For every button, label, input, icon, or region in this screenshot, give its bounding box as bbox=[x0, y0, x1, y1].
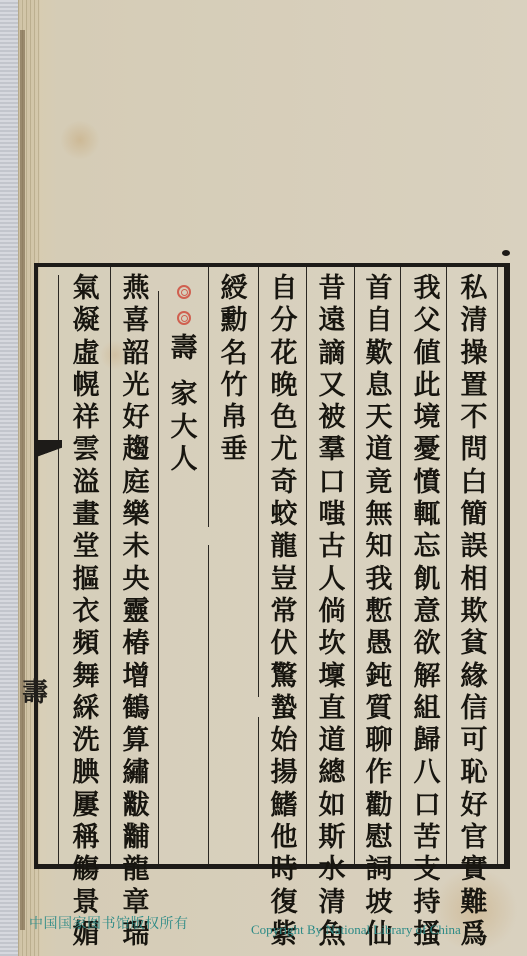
text-char: 好 bbox=[456, 790, 492, 822]
column-rule bbox=[446, 267, 447, 864]
text-char: 水 bbox=[314, 854, 350, 886]
seal-circle-icon bbox=[177, 285, 191, 299]
text-char: 持 bbox=[409, 887, 445, 919]
text-char: 綬 bbox=[216, 273, 252, 305]
text-char: 昔 bbox=[314, 273, 350, 305]
text-char: 觴 bbox=[68, 854, 104, 886]
column-rule bbox=[208, 267, 209, 527]
text-char: 韶 bbox=[118, 338, 154, 370]
text-column-1: 私清操置不問白簡誤相欺貧緣信可恥好官實難爲 bbox=[456, 273, 492, 951]
text-char: 慙 bbox=[361, 596, 397, 628]
column-text: 私清操置不問白簡誤相欺貧緣信可恥好官實難爲 bbox=[456, 273, 492, 951]
text-column-9: 氣凝虛幌祥雲溢畫堂摳衣頻舞綵洗腆屢稱觴景媚 bbox=[68, 273, 104, 951]
text-char: 常 bbox=[266, 596, 302, 628]
text-char: 息 bbox=[361, 370, 397, 402]
text-char: 我 bbox=[409, 273, 445, 305]
text-char: 驚 bbox=[266, 661, 302, 693]
text-char: 靈 bbox=[118, 596, 154, 628]
text-char: 勸 bbox=[361, 790, 397, 822]
text-char: 詞 bbox=[361, 854, 397, 886]
text-char: 晚 bbox=[266, 370, 302, 402]
text-char: 欺 bbox=[456, 596, 492, 628]
text-char: 大 bbox=[166, 412, 202, 444]
text-char: 勳 bbox=[216, 305, 252, 337]
text-char: 憤 bbox=[409, 467, 445, 499]
text-char: 謫 bbox=[314, 338, 350, 370]
text-char: 凝 bbox=[68, 305, 104, 337]
column-rule bbox=[258, 267, 259, 697]
text-char: 花 bbox=[266, 338, 302, 370]
column-text: 首自歎息天道竟無知我慙愚鈍質聊作勸慰詞坡仙 bbox=[361, 273, 397, 951]
text-char: 知 bbox=[361, 531, 397, 563]
text-column-8: 燕喜韶光好趨庭樂未央靈椿增鶴算繡黻黼龍章瑞 bbox=[118, 273, 154, 951]
text-char: 忘 bbox=[409, 531, 445, 563]
text-char: 憂 bbox=[409, 434, 445, 466]
text-char: 首 bbox=[361, 273, 397, 305]
text-char: 色 bbox=[266, 402, 302, 434]
text-char: 祥 bbox=[68, 402, 104, 434]
text-char: 光 bbox=[118, 370, 154, 402]
text-char: 官 bbox=[456, 822, 492, 854]
column-rule bbox=[110, 267, 111, 864]
text-char: 愚 bbox=[361, 628, 397, 660]
text-column-7-title: 壽 家大人 bbox=[166, 281, 202, 476]
text-char: 椿 bbox=[118, 628, 154, 660]
text-char: 歎 bbox=[361, 338, 397, 370]
text-char: 又 bbox=[314, 370, 350, 402]
text-char: 豈 bbox=[266, 564, 302, 596]
text-char: 鶴 bbox=[118, 693, 154, 725]
text-char: 幌 bbox=[68, 370, 104, 402]
column-text: 燕喜韶光好趨庭樂未央靈椿增鶴算繡黻黼龍章瑞 bbox=[118, 273, 154, 951]
text-char: 洗 bbox=[68, 725, 104, 757]
text-char: 清 bbox=[456, 305, 492, 337]
text-char: 增 bbox=[118, 661, 154, 693]
text-char: 虛 bbox=[68, 338, 104, 370]
text-char: 奇 bbox=[266, 467, 302, 499]
column-rule bbox=[306, 267, 307, 864]
text-char: 總 bbox=[314, 757, 350, 789]
text-char: 解 bbox=[409, 661, 445, 693]
seal-circle-icon bbox=[177, 311, 191, 325]
text-char: 問 bbox=[456, 434, 492, 466]
text-char: 龍 bbox=[266, 531, 302, 563]
text-char: 衣 bbox=[68, 596, 104, 628]
text-char: 誤 bbox=[456, 531, 492, 563]
text-char: 倘 bbox=[314, 596, 350, 628]
text-char: 道 bbox=[314, 725, 350, 757]
text-char: 此 bbox=[409, 370, 445, 402]
column-text: 昔遠謫又被羣口嗤古人倘坎壈直道總如斯水清魚 bbox=[314, 273, 350, 951]
text-char: 舞 bbox=[68, 661, 104, 693]
text-char: 被 bbox=[314, 402, 350, 434]
text-char: 貧 bbox=[456, 628, 492, 660]
text-char: 如 bbox=[314, 790, 350, 822]
text-char: 竹 bbox=[216, 370, 252, 402]
text-char: 信 bbox=[456, 693, 492, 725]
text-char: 難 bbox=[456, 887, 492, 919]
text-char: 竟 bbox=[361, 467, 397, 499]
column-rule bbox=[400, 267, 401, 864]
text-char: 始 bbox=[266, 725, 302, 757]
text-column-3: 首自歎息天道竟無知我慙愚鈍質聊作勸慰詞坡仙 bbox=[361, 273, 397, 951]
paper-stain bbox=[60, 120, 100, 160]
fishtail-mark bbox=[34, 440, 62, 462]
text-char: 分 bbox=[266, 305, 302, 337]
text-char: 爲 bbox=[456, 919, 492, 951]
text-char: 作 bbox=[361, 757, 397, 789]
text-char: 畫 bbox=[68, 499, 104, 531]
text-char: 屢 bbox=[68, 790, 104, 822]
column-text: 氣凝虛幌祥雲溢畫堂摳衣頻舞綵洗腆屢稱觴景媚 bbox=[68, 273, 104, 951]
text-char: 自 bbox=[361, 305, 397, 337]
text-char: 緣 bbox=[456, 661, 492, 693]
text-char: 境 bbox=[409, 402, 445, 434]
page-side-mark: 壽 bbox=[22, 672, 48, 709]
text-char: 好 bbox=[118, 402, 154, 434]
text-char: 鰭 bbox=[266, 790, 302, 822]
text-char: 道 bbox=[361, 434, 397, 466]
frame-inner-rule bbox=[497, 267, 498, 864]
text-char: 不 bbox=[456, 402, 492, 434]
text-char: 古 bbox=[314, 531, 350, 563]
text-char: 遠 bbox=[314, 305, 350, 337]
title-char: 壽 bbox=[166, 333, 202, 365]
text-char: 帛 bbox=[216, 402, 252, 434]
text-char: 苦 bbox=[409, 822, 445, 854]
text-char: 綵 bbox=[68, 693, 104, 725]
text-char: 支 bbox=[409, 854, 445, 886]
text-char: 歸 bbox=[409, 725, 445, 757]
column-rule bbox=[258, 717, 259, 864]
copyright-en: Copyright By National Library of China bbox=[251, 922, 461, 938]
column-text: 自分花晚色尤奇蛟龍豈常伏驚蟄始揚鰭他時復紫 bbox=[266, 273, 302, 951]
text-char: 樂 bbox=[118, 499, 154, 531]
text-char: 稱 bbox=[68, 822, 104, 854]
text-char: 繡 bbox=[118, 757, 154, 789]
text-char: 坎 bbox=[314, 628, 350, 660]
text-char: 輒 bbox=[409, 499, 445, 531]
text-char: 家 bbox=[166, 379, 202, 411]
column-rule bbox=[354, 267, 355, 864]
text-char: 氣 bbox=[68, 273, 104, 305]
text-char: 他 bbox=[266, 822, 302, 854]
text-char: 揚 bbox=[266, 757, 302, 789]
column-rule bbox=[158, 291, 159, 864]
text-char: 復 bbox=[266, 887, 302, 919]
text-char: 喜 bbox=[118, 305, 154, 337]
text-char: 質 bbox=[361, 693, 397, 725]
text-char: 壈 bbox=[314, 661, 350, 693]
text-char: 央 bbox=[118, 564, 154, 596]
text-char: 私 bbox=[456, 273, 492, 305]
text-char: 我 bbox=[361, 564, 397, 596]
text-char: 雲 bbox=[68, 434, 104, 466]
text-char: 直 bbox=[314, 693, 350, 725]
text-char: 組 bbox=[409, 693, 445, 725]
text-char: 溢 bbox=[68, 467, 104, 499]
text-char: 人 bbox=[166, 444, 202, 476]
text-char: 聊 bbox=[361, 725, 397, 757]
text-char: 八 bbox=[409, 757, 445, 789]
text-char: 嗤 bbox=[314, 499, 350, 531]
text-column-4: 昔遠謫又被羣口嗤古人倘坎壈直道總如斯水清魚 bbox=[314, 273, 350, 951]
text-char: 可 bbox=[456, 725, 492, 757]
text-char: 値 bbox=[409, 338, 445, 370]
text-char: 實 bbox=[456, 854, 492, 886]
text-char: 口 bbox=[409, 790, 445, 822]
binding-edge bbox=[20, 30, 25, 930]
column-text: 家大人 bbox=[166, 379, 202, 476]
text-char: 垂 bbox=[216, 434, 252, 466]
text-char: 堂 bbox=[68, 531, 104, 563]
text-char: 無 bbox=[361, 499, 397, 531]
text-char: 燕 bbox=[118, 273, 154, 305]
text-char: 鈍 bbox=[361, 661, 397, 693]
text-char: 飢 bbox=[409, 564, 445, 596]
text-char: 黼 bbox=[118, 822, 154, 854]
column-rule bbox=[208, 545, 209, 864]
text-char: 龍 bbox=[118, 854, 154, 886]
text-char: 置 bbox=[456, 370, 492, 402]
text-column-6: 綬勳名竹帛垂 bbox=[216, 273, 252, 467]
text-char: 蛟 bbox=[266, 499, 302, 531]
text-char: 庭 bbox=[118, 467, 154, 499]
text-char: 名 bbox=[216, 338, 252, 370]
text-char: 蟄 bbox=[266, 693, 302, 725]
ink-dot bbox=[502, 250, 510, 256]
text-char: 摳 bbox=[68, 564, 104, 596]
text-char: 未 bbox=[118, 531, 154, 563]
text-char: 趨 bbox=[118, 434, 154, 466]
text-char: 簡 bbox=[456, 499, 492, 531]
text-char: 慰 bbox=[361, 822, 397, 854]
text-char: 尤 bbox=[266, 434, 302, 466]
text-char: 清 bbox=[314, 887, 350, 919]
text-char: 坡 bbox=[361, 887, 397, 919]
text-frame: 私清操置不問白簡誤相欺貧緣信可恥好官實難爲 我父値此境憂憤輒忘飢意欲解組歸八口苦… bbox=[34, 263, 510, 869]
copyright-cn: 中国国家图书馆版权所有 bbox=[29, 913, 189, 933]
text-char: 天 bbox=[361, 402, 397, 434]
text-char: 頻 bbox=[68, 628, 104, 660]
column-rule bbox=[58, 275, 59, 864]
text-char: 腆 bbox=[68, 757, 104, 789]
text-char: 自 bbox=[266, 273, 302, 305]
text-char: 恥 bbox=[456, 757, 492, 789]
text-char: 人 bbox=[314, 564, 350, 596]
text-char: 算 bbox=[118, 725, 154, 757]
text-char: 父 bbox=[409, 305, 445, 337]
text-char: 欲 bbox=[409, 628, 445, 660]
text-column-5: 自分花晚色尤奇蛟龍豈常伏驚蟄始揚鰭他時復紫 bbox=[266, 273, 302, 951]
text-char: 口 bbox=[314, 467, 350, 499]
text-char: 黻 bbox=[118, 790, 154, 822]
text-char: 斯 bbox=[314, 822, 350, 854]
text-column-2: 我父値此境憂憤輒忘飢意欲解組歸八口苦支持搔 bbox=[409, 273, 445, 951]
text-char: 白 bbox=[456, 467, 492, 499]
text-char: 相 bbox=[456, 564, 492, 596]
text-char: 時 bbox=[266, 854, 302, 886]
column-text: 綬勳名竹帛垂 bbox=[216, 273, 252, 467]
column-text: 我父値此境憂憤輒忘飢意欲解組歸八口苦支持搔 bbox=[409, 273, 445, 951]
text-char: 羣 bbox=[314, 434, 350, 466]
text-char: 操 bbox=[456, 338, 492, 370]
text-char: 伏 bbox=[266, 628, 302, 660]
text-char: 意 bbox=[409, 596, 445, 628]
